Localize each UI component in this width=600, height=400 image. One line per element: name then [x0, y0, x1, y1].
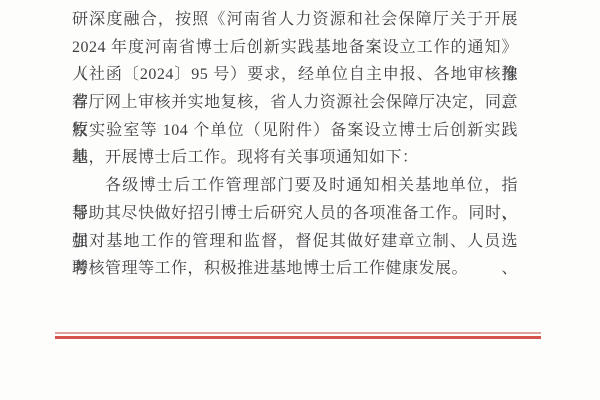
- text-line: 帮助其尽快做好招引博士后研究人员的各项准备工作。同时，加: [72, 200, 518, 228]
- red-divider-thin-line: [55, 332, 541, 334]
- text-line: 考核管理等工作，积极推进基地博士后工作健康发展。: [72, 255, 518, 283]
- text-line: 研深度融合，按照《河南省人力资源和社会保障厅关于开展: [72, 6, 518, 34]
- text-line: 省厅网上审核并实地复核，省人力资源社会保障厅决定，同意牧: [72, 89, 518, 117]
- text-line: 人社函〔2024〕95 号）要求，经单位自主申报、各地审核推荐、: [72, 61, 518, 89]
- text-line: 各级博士后工作管理部门要及时通知相关基地单位，指导、: [72, 172, 518, 200]
- body-text: 研深度融合，按照《河南省人力资源和社会保障厅关于开展2024 年度河南省博士后创…: [72, 6, 518, 283]
- red-divider: [55, 332, 541, 340]
- paragraph: 研深度融合，按照《河南省人力资源和社会保障厅关于开展2024 年度河南省博士后创…: [72, 6, 518, 172]
- red-divider-thick-line: [55, 336, 541, 339]
- text-line: 2024 年度河南省博士后创新实践基地备案设立工作的通知》（豫: [72, 34, 518, 62]
- text-line: 地，开展博士后工作。现将有关事项通知如下：: [72, 144, 518, 172]
- text-line: 强对基地工作的管理和监督，督促其做好建章立制、人员选聘、: [72, 228, 518, 256]
- document-page: 研深度融合，按照《河南省人力资源和社会保障厅关于开展2024 年度河南省博士后创…: [0, 0, 600, 400]
- text-line: 原实验室等 104 个单位（见附件）备案设立博士后创新实践基: [72, 117, 518, 145]
- paragraph: 各级博士后工作管理部门要及时通知相关基地单位，指导、帮助其尽快做好招引博士后研究…: [72, 172, 518, 283]
